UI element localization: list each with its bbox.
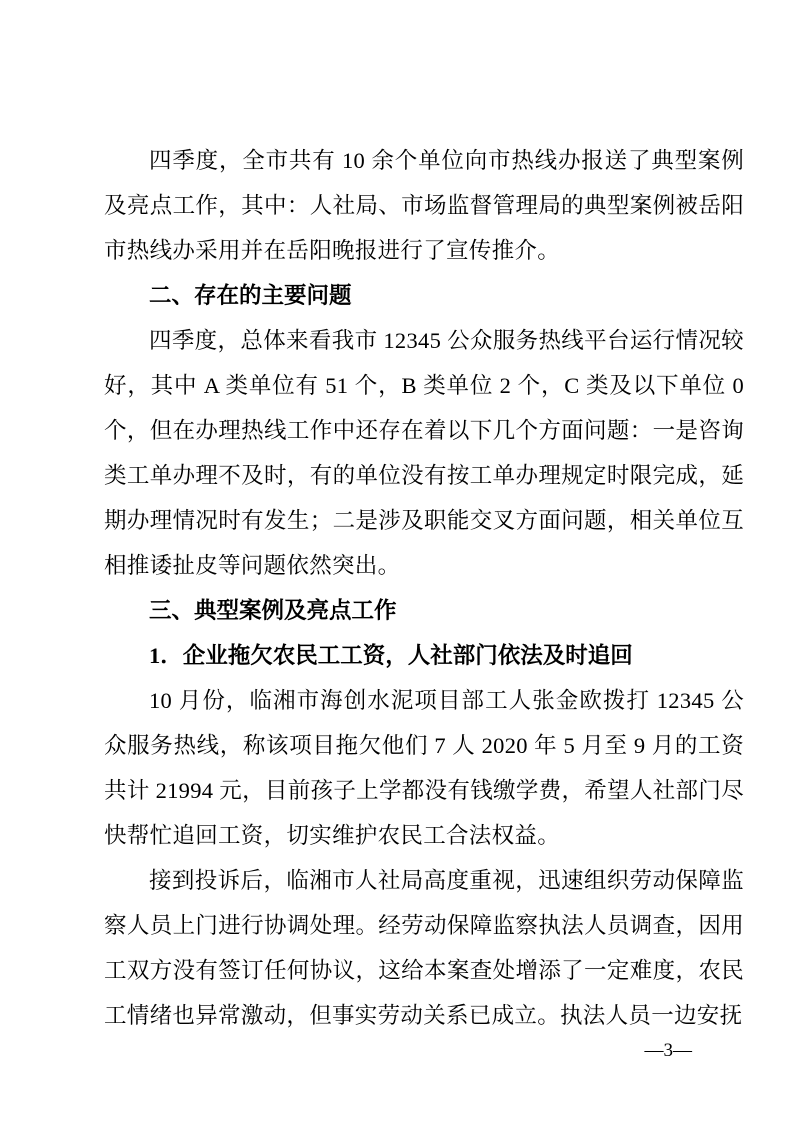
- paragraph-complaint-details: 10 月份，临湘市海创水泥项目部工人张金欧拨打 12345 公众服务热线，称该项…: [104, 678, 744, 858]
- case-subheading-wage-arrears: 1．企业拖欠农民工工资，人社部门依法及时追回: [104, 633, 744, 678]
- section-heading-main-problems: 二、存在的主要问题: [104, 273, 744, 318]
- document-page: 四季度，全市共有 10 余个单位向市热线办报送了典型案例及亮点工作，其中：人社局…: [0, 0, 793, 1122]
- section-heading-typical-cases: 三、典型案例及亮点工作: [104, 588, 744, 633]
- page-number: —3—: [645, 1038, 693, 1064]
- paragraph-platform-operation-issues: 四季度，总体来看我市 12345 公众服务热线平台运行情况较好，其中 A 类单位…: [104, 318, 744, 588]
- paragraph-investigation-handling: 接到投诉后，临湘市人社局高度重视，迅速组织劳动保障监察人员上门进行协调处理。经劳…: [104, 858, 744, 1038]
- paragraph-typical-cases-report: 四季度，全市共有 10 余个单位向市热线办报送了典型案例及亮点工作，其中：人社局…: [104, 138, 744, 273]
- document-body: 四季度，全市共有 10 余个单位向市热线办报送了典型案例及亮点工作，其中：人社局…: [104, 138, 744, 1038]
